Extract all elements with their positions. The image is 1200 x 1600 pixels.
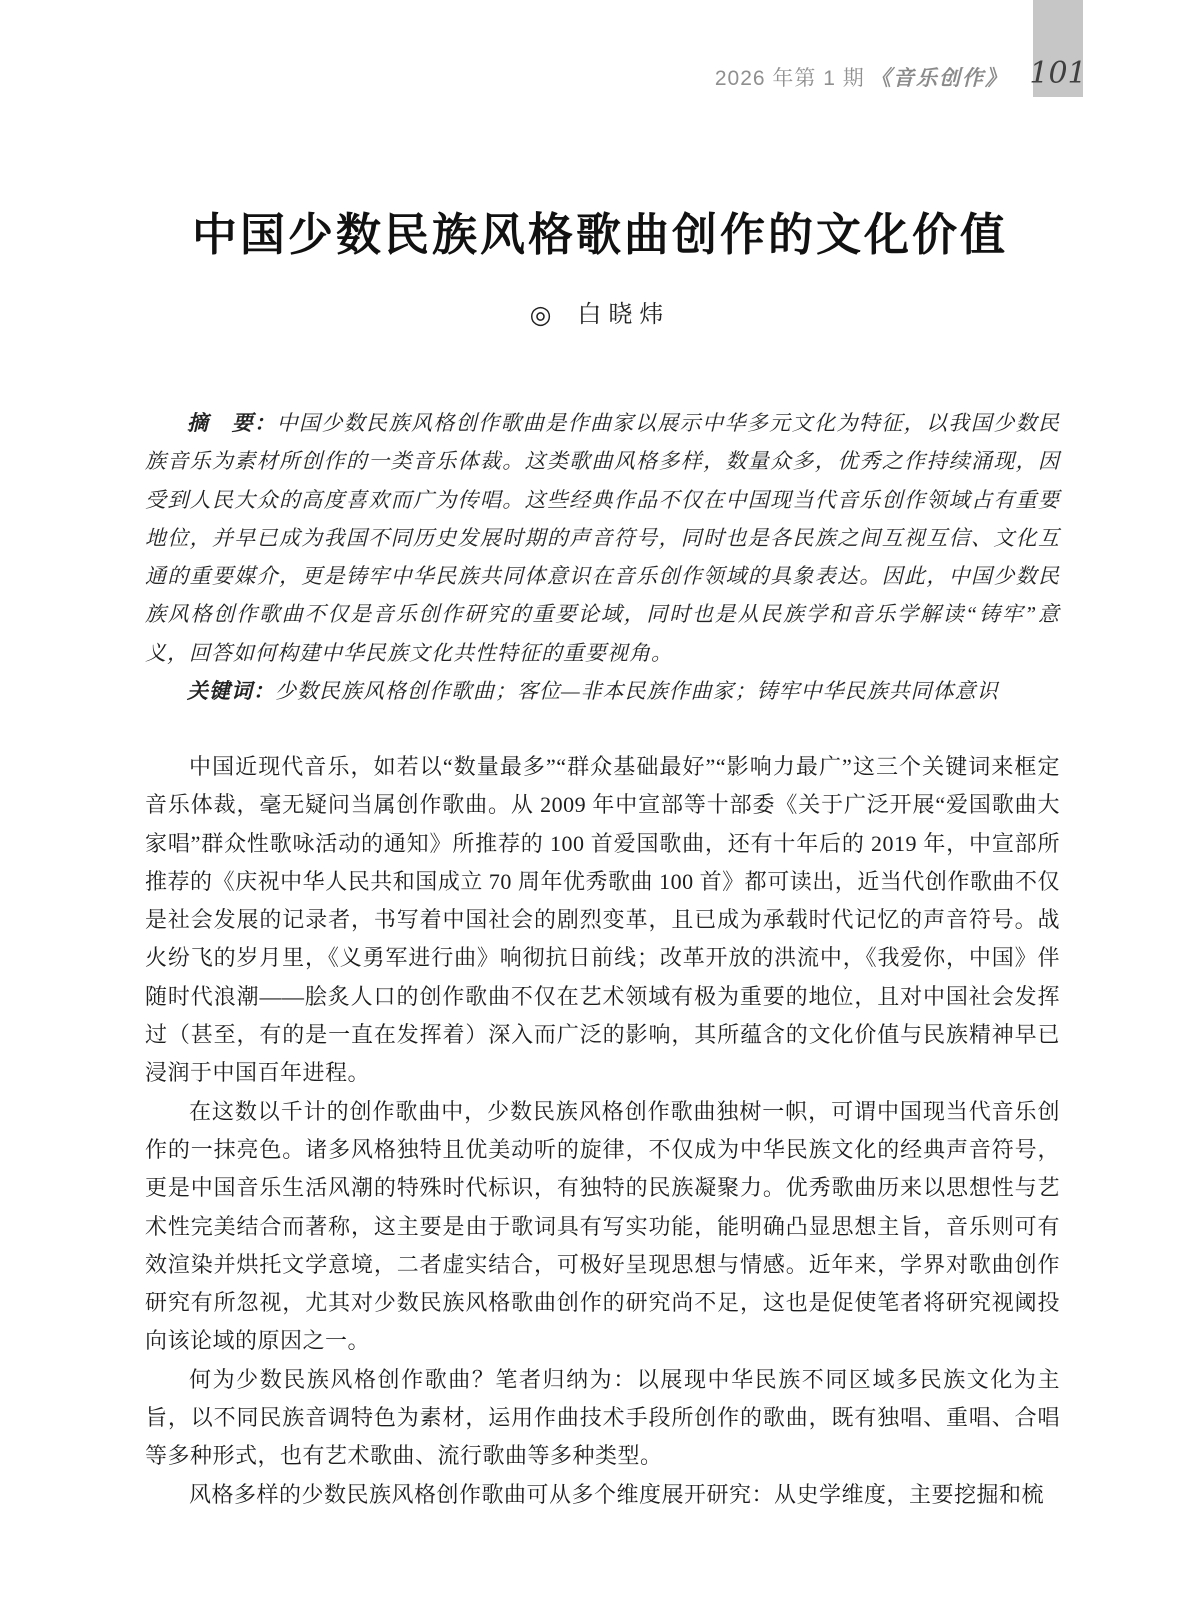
body-paragraph: 中国近现代音乐，如若以“数量最多”“群众基础最好”“影响力最广”这三个关键词来框… [145, 748, 1060, 1093]
article-title: 中国少数民族风格歌曲创作的文化价值 [0, 198, 1200, 263]
article-body: 中国近现代音乐，如若以“数量最多”“群众基础最好”“影响力最广”这三个关键词来框… [145, 748, 1060, 1514]
page-number-box: 101 [1033, 0, 1083, 97]
body-paragraph: 风格多样的少数民族风格创作歌曲可从多个维度展开研究：从史学维度，主要挖掘和梳 [145, 1476, 1060, 1514]
running-head: 2026 年第 1 期 《音乐创作》 [0, 62, 1008, 92]
page-number: 101 [1029, 59, 1086, 97]
journal-page: 2026 年第 1 期 《音乐创作》 101 中国少数民族风格歌曲创作的文化价值… [0, 0, 1200, 1600]
author-name: 白晓炜 [577, 302, 670, 328]
abstract-section: 摘 要：中国少数民族风格创作歌曲是作曲家以展示中华多元文化为特征，以我国少数民族… [145, 404, 1060, 710]
issue-info: 2026 年第 1 期 [715, 67, 865, 90]
body-paragraph: 在这数以千计的创作歌曲中，少数民族风格创作歌曲独树一帜，可谓中国现当代音乐创作的… [145, 1093, 1060, 1361]
journal-name: 《音乐创作》 [870, 65, 1008, 90]
author-marker-icon: ◎ [530, 302, 552, 329]
abstract-paragraph: 摘 要：中国少数民族风格创作歌曲是作曲家以展示中华多元文化为特征，以我国少数民族… [145, 404, 1060, 672]
keywords-text: 少数民族风格创作歌曲；客位—非本民族作曲家；铸牢中华民族共同体意识 [275, 679, 999, 703]
keywords-label: 关键词： [187, 679, 275, 703]
body-paragraph: 何为少数民族风格创作歌曲？笔者归纳为：以展现中华民族不同区域多民族文化为主旨，以… [145, 1361, 1060, 1476]
keywords-paragraph: 关键词：少数民族风格创作歌曲；客位—非本民族作曲家；铸牢中华民族共同体意识 [145, 672, 1060, 710]
abstract-text: 中国少数民族风格创作歌曲是作曲家以展示中华多元文化为特征，以我国少数民族音乐为素… [145, 411, 1060, 665]
abstract-label: 摘 要： [187, 411, 277, 435]
author-line: ◎ 白晓炜 [0, 294, 1200, 330]
